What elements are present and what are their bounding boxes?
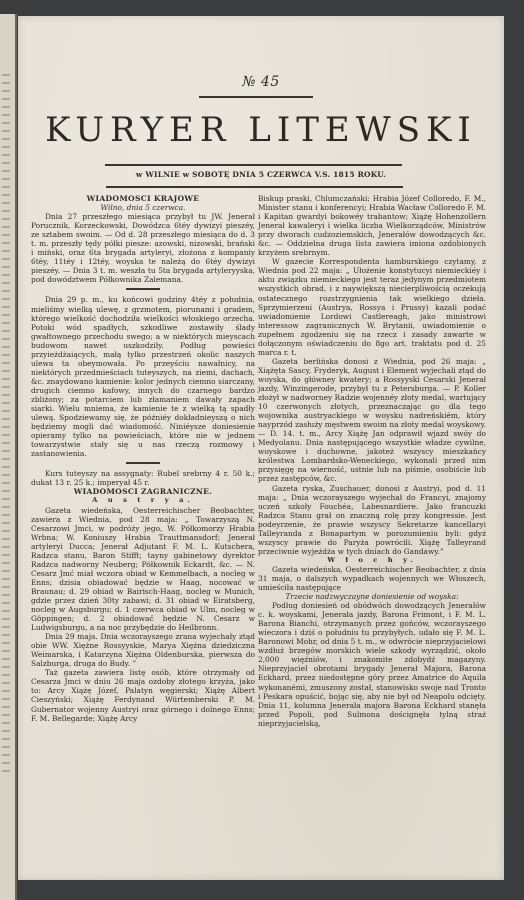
exchange-rate-paragraph: Kurs tuteyszy na assygnaty: Rubel srebrn… (31, 469, 255, 487)
article-paragraph: Gazeta ryska, Zuschauer, donosi z Austry… (258, 484, 486, 556)
previous-page-edge (0, 14, 17, 900)
right-column: Biskup praski, Chlumczański; Hrabia Józe… (258, 194, 486, 728)
section-subheading-vilnius: Wilno, dnia 5 czerwca. (31, 203, 255, 212)
article-paragraph: Dnia 29 p. m., ku końcowi godziny 4téy z… (31, 295, 255, 458)
previous-page-text-fragment (2, 74, 10, 774)
section-subheading-italy: W ł o c h y. (258, 556, 486, 565)
newspaper-page: № 45 KURYER LITEWSKI w WILNIE w SOBOTĘ D… (18, 16, 504, 880)
section-subheading-austria: A u s t r y a. (31, 496, 255, 505)
article-paragraph: Taż gazeta zawiera listę osób, które otr… (31, 668, 255, 722)
divider-rule (106, 186, 403, 188)
dateline: w WILNIE w SOBOTĘ DNIA 5 CZERWCA V.S. 18… (18, 170, 504, 179)
issue-number: № 45 (18, 74, 504, 90)
divider-rule (105, 164, 402, 166)
ornament-divider (126, 461, 160, 466)
ornament-divider (126, 287, 160, 292)
article-paragraph: Dnia 29 maja. Dnia wczorayszego zrana wy… (31, 632, 255, 668)
section-heading-domestic-news: WIADOMOSCI KRAJOWE (31, 194, 255, 203)
article-paragraph: Biskup praski, Chlumczański; Hrabia Józe… (258, 194, 486, 257)
article-paragraph: Gazeta berlińska donosi z Wiednia, pod 2… (258, 357, 486, 484)
section-heading-foreign-news: WIADOMOSCI ZAGRANICZNE. (31, 487, 255, 496)
article-paragraph: Podług doniesień od obódwóch dowodzących… (258, 601, 486, 728)
article-paragraph: Gazeta wiedeńska, Oesterreichischer Beob… (258, 565, 486, 592)
article-paragraph: Dnia 27 przeszłego miesiąca przybył tu J… (31, 212, 255, 284)
report-title: Trzecie nadzwyczayne doniesienie od woys… (258, 592, 486, 601)
left-column: WIADOMOSCI KRAJOWE Wilno, dnia 5 czerwca… (31, 194, 255, 723)
newspaper-title: KURYER LITEWSKI (18, 110, 504, 150)
article-paragraph: Gazeta wiedeńska, Oesterreichischer Beob… (31, 506, 255, 633)
article-paragraph: W gazecie Korrespondenta hamburskiego cz… (258, 257, 486, 357)
divider-rule (199, 96, 313, 98)
